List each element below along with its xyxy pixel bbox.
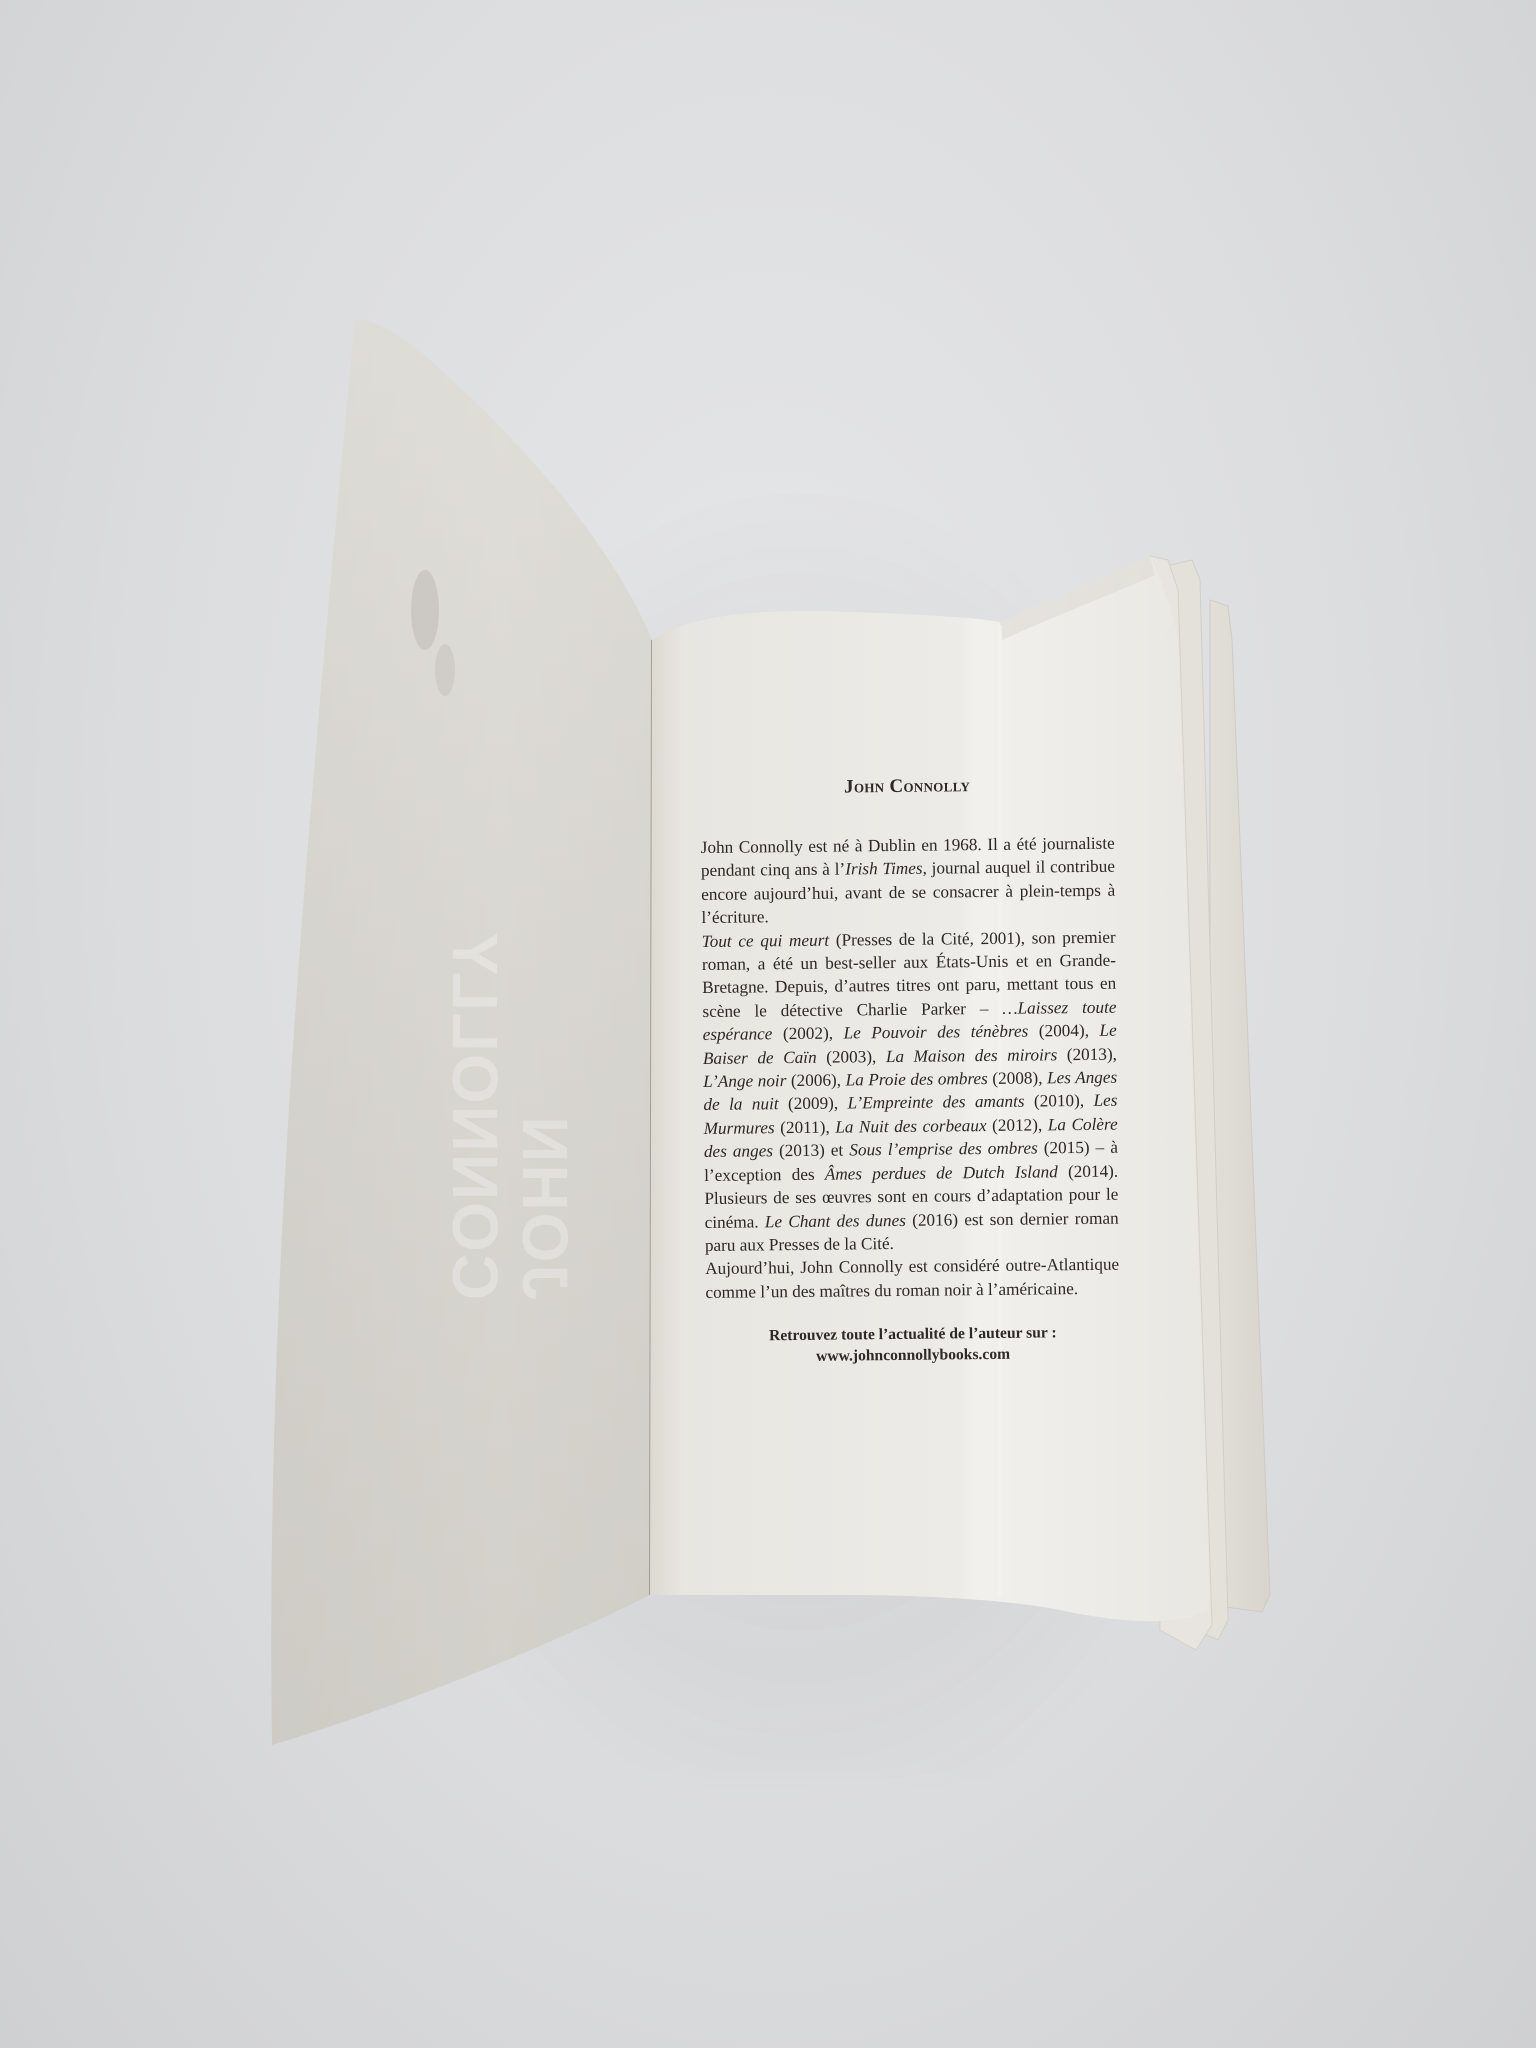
left-cover — [271, 320, 652, 1745]
bio-text: (2003), — [816, 1047, 885, 1067]
book-title: L’Empreinte des amants — [847, 1092, 1024, 1113]
follow-line: Retrouvez toute l’actualité de l’auteur … — [706, 1322, 1120, 1347]
book-title: Le Pouvoir des ténèbres — [843, 1022, 1028, 1043]
bio-paragraph: Tout ce qui meurt (Presses de la Cité, 2… — [702, 925, 1119, 1257]
book-title: La Maison des miroirs — [886, 1045, 1058, 1066]
author-heading: John Connolly — [700, 774, 1114, 800]
author-bio-page: John Connolly John Connolly est né à Dub… — [700, 774, 1120, 1368]
photo-scene: JOHN CONNOLLY John Connolly John Connoll… — [0, 0, 1536, 2048]
bio-text: (2004), — [1028, 1021, 1099, 1041]
book-title: Irish Times — [845, 859, 923, 879]
bio-text: (2013), — [1057, 1044, 1117, 1064]
bio-text: Aujourd’hui, John Connolly est considéré… — [705, 1255, 1119, 1302]
bio-text: (2011), — [775, 1117, 836, 1137]
book-title: Tout ce qui meurt — [702, 930, 830, 950]
book-title: La Nuit des corbeaux — [835, 1116, 987, 1137]
book-title: La Proie des ombres — [845, 1069, 987, 1089]
bio-text: (2008), — [988, 1068, 1047, 1088]
bio-text: (2012), — [986, 1115, 1047, 1135]
bio-text: (2013) et — [773, 1141, 850, 1161]
book-title: L’Ange noir — [703, 1071, 786, 1091]
bio-paragraph: John Connolly est né à Dublin en 1968. I… — [701, 832, 1116, 930]
author-website-link[interactable]: www.johnconnollybooks.com — [816, 1346, 1010, 1365]
bio-text: (2006), — [786, 1071, 845, 1091]
bio-paragraph: Aujourd’hui, John Connolly est considéré… — [705, 1253, 1119, 1304]
author-biography: John Connolly est né à Dublin en 1968. I… — [701, 832, 1120, 1304]
bio-text: (2010), — [1024, 1091, 1093, 1111]
book-title: Âmes perdues de Dutch Island — [825, 1162, 1058, 1183]
bio-text: (2002), — [772, 1024, 843, 1044]
bio-text: (2009), — [778, 1094, 847, 1114]
book-title: Sous l’emprise des ombres — [849, 1139, 1038, 1160]
follow-section: Retrouvez toute l’actualité de l’auteur … — [706, 1322, 1120, 1368]
book-title: Le Chant des dunes — [765, 1210, 906, 1230]
